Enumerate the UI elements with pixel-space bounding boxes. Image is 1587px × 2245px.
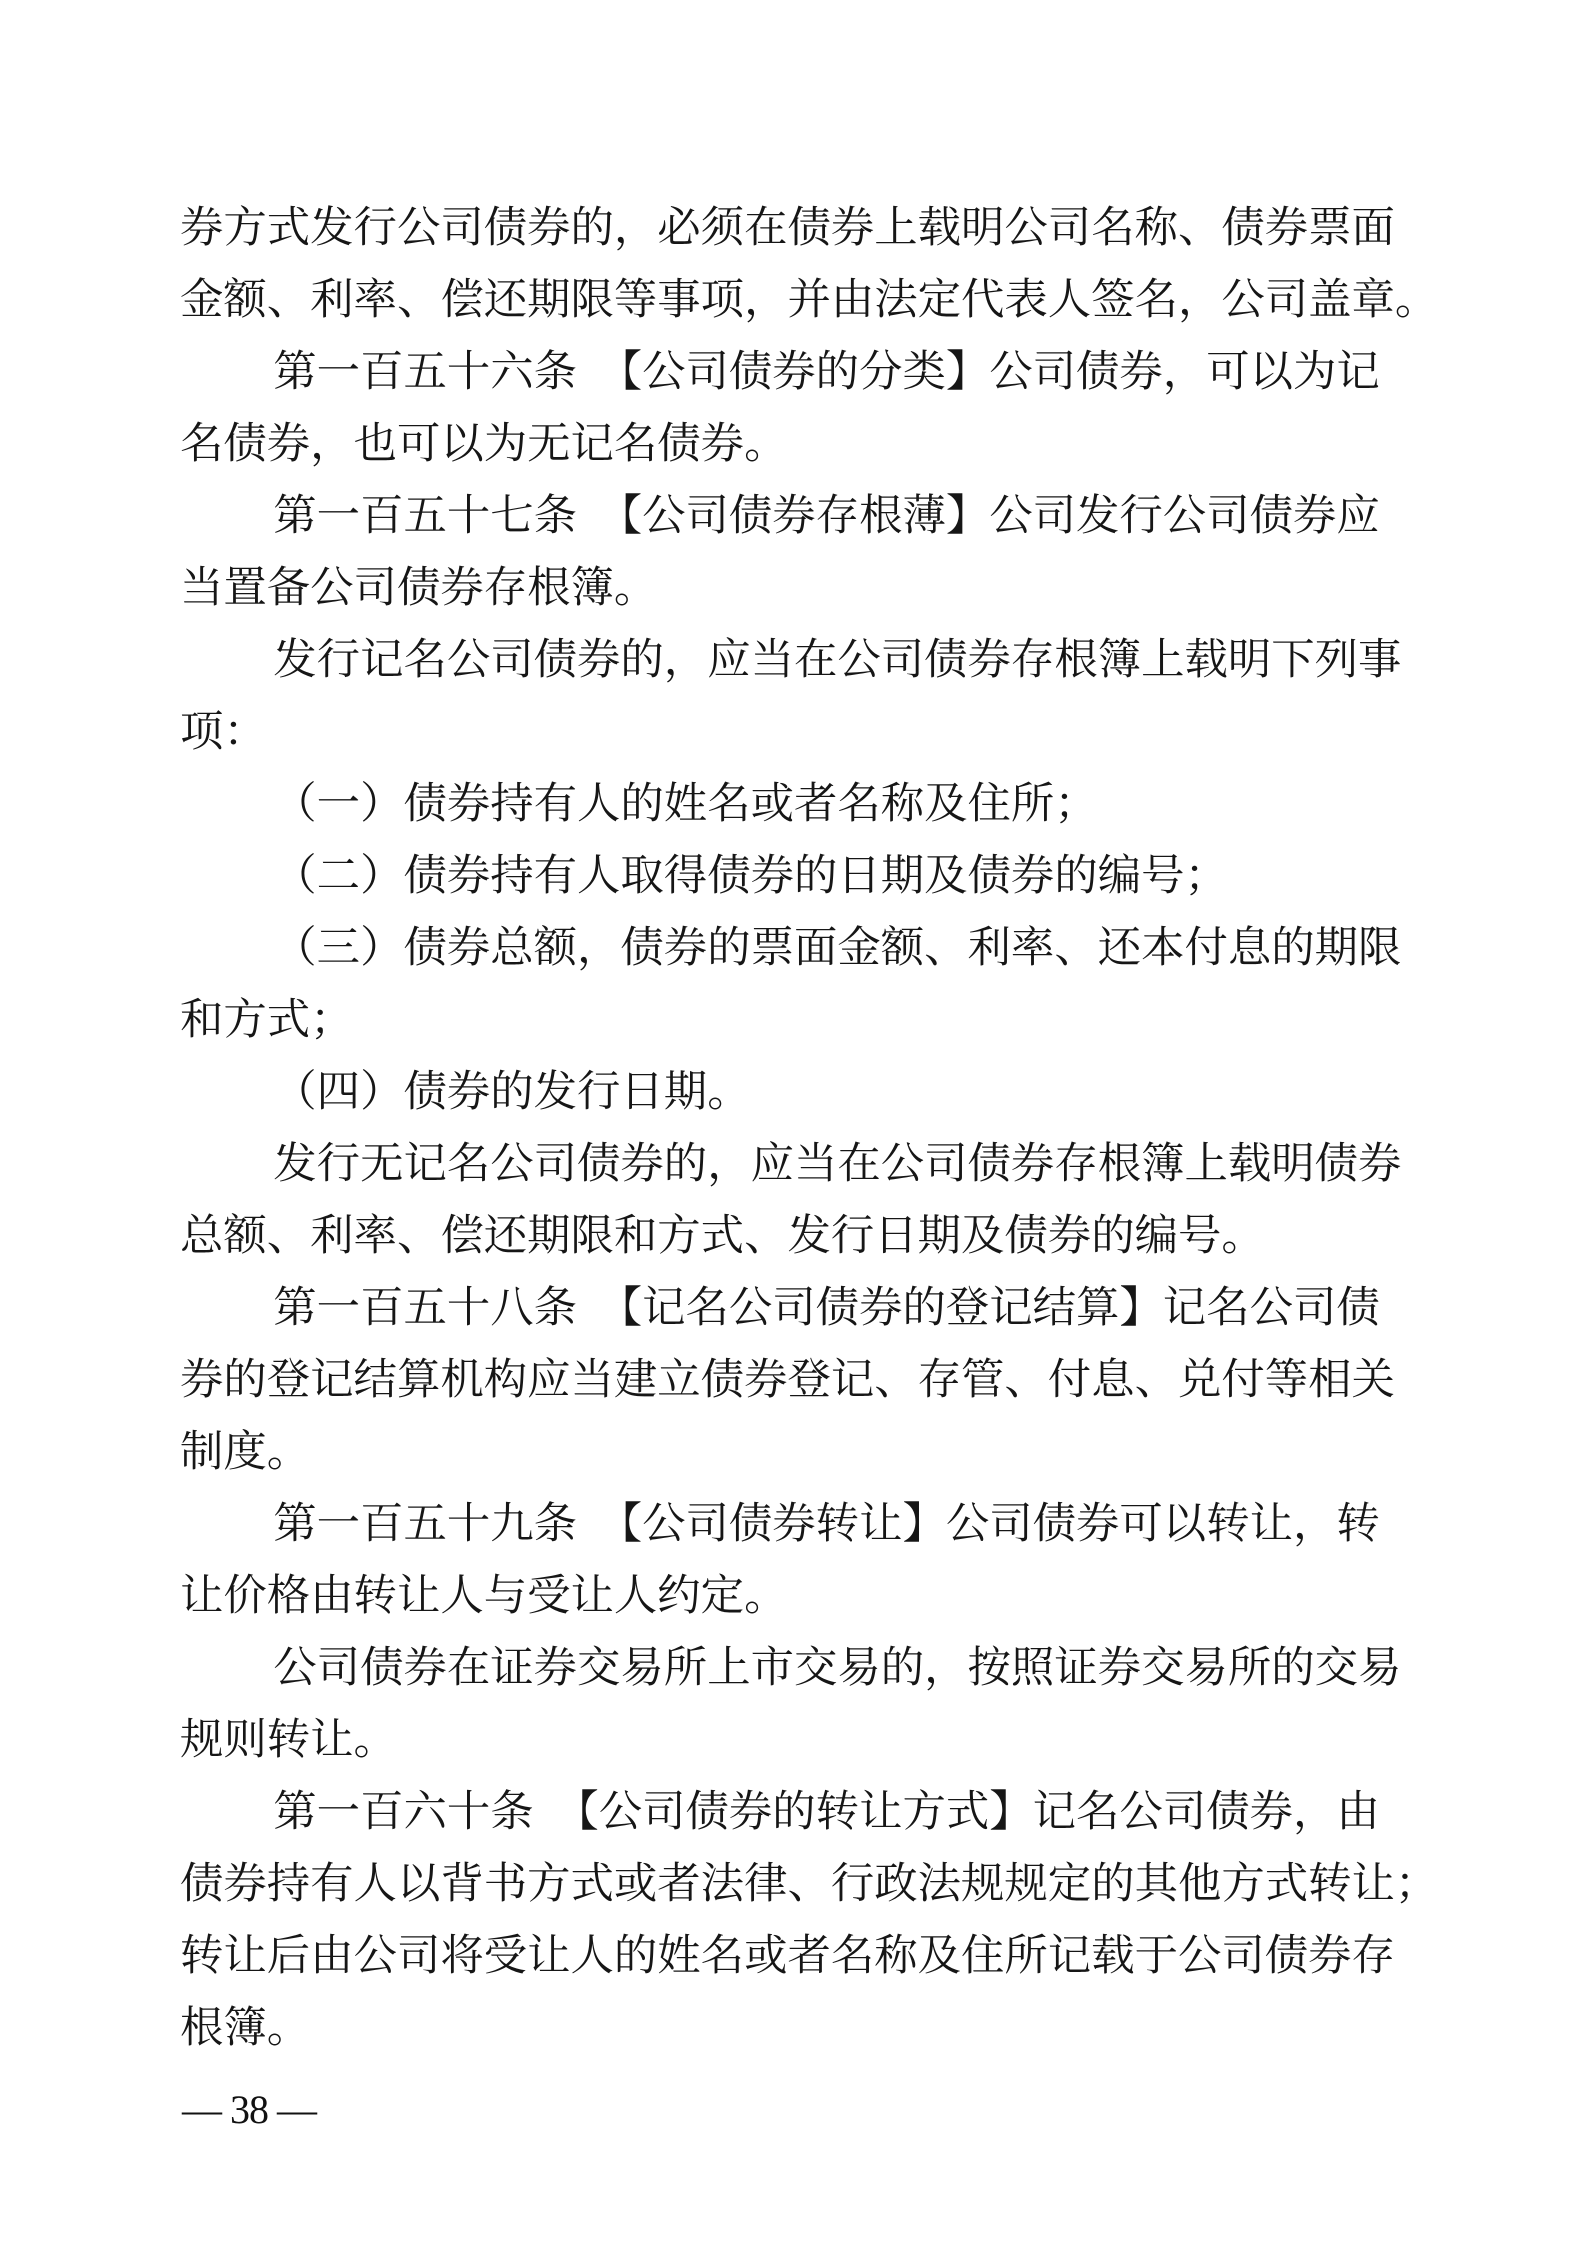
text-line: 券的登记结算机构应当建立债券登记、存管、付息、兑付等相关 [180, 1344, 1450, 1416]
text-line: 让价格由转让人与受让人约定。 [180, 1560, 1450, 1632]
text-line: （四）债券的发行日期。 [180, 1056, 1450, 1128]
text-line: 第一百五十九条 【公司债券转让】公司债券可以转让，转 [180, 1488, 1450, 1560]
text-line: 债券持有人以背书方式或者法律、行政法规规定的其他方式转让； [180, 1848, 1450, 1920]
text-line: 券方式发行公司债券的，必须在债券上载明公司名称、债券票面 [180, 192, 1450, 264]
document-page: 券方式发行公司债券的，必须在债券上载明公司名称、债券票面金额、利率、偿还期限等事… [0, 0, 1587, 2245]
text-line: 公司债券在证券交易所上市交易的，按照证券交易所的交易 [180, 1632, 1450, 1704]
text-line: 总额、利率、偿还期限和方式、发行日期及债券的编号。 [180, 1200, 1450, 1272]
page-number: — 38 — [182, 2086, 316, 2134]
text-line: 和方式； [180, 984, 1450, 1056]
text-line: 发行无记名公司债券的，应当在公司债券存根簿上载明债券 [180, 1128, 1450, 1200]
text-line: 金额、利率、偿还期限等事项，并由法定代表人签名，公司盖章。 [180, 264, 1450, 336]
text-line: 项： [180, 696, 1450, 768]
text-line: 第一百五十六条 【公司债券的分类】公司债券，可以为记 [180, 336, 1450, 408]
text-line: 根簿。 [180, 1992, 1450, 2064]
text-line: 当置备公司债券存根簿。 [180, 552, 1450, 624]
text-line: 转让后由公司将受让人的姓名或者名称及住所记载于公司债券存 [180, 1920, 1450, 1992]
text-line: 规则转让。 [180, 1704, 1450, 1776]
text-line: （一）债券持有人的姓名或者名称及住所； [180, 768, 1450, 840]
document-body: 券方式发行公司债券的，必须在债券上载明公司名称、债券票面金额、利率、偿还期限等事… [180, 192, 1450, 2064]
text-line: 制度。 [180, 1416, 1450, 1488]
text-line: （三）债券总额，债券的票面金额、利率、还本付息的期限 [180, 912, 1450, 984]
text-line: 第一百六十条 【公司债券的转让方式】记名公司债券，由 [180, 1776, 1450, 1848]
text-line: 第一百五十七条 【公司债券存根薄】公司发行公司债券应 [180, 480, 1450, 552]
text-line: 第一百五十八条 【记名公司债券的登记结算】记名公司债 [180, 1272, 1450, 1344]
text-line: （二）债券持有人取得债券的日期及债券的编号； [180, 840, 1450, 912]
text-line: 名债券，也可以为无记名债券。 [180, 408, 1450, 480]
text-line: 发行记名公司债券的，应当在公司债券存根簿上载明下列事 [180, 624, 1450, 696]
